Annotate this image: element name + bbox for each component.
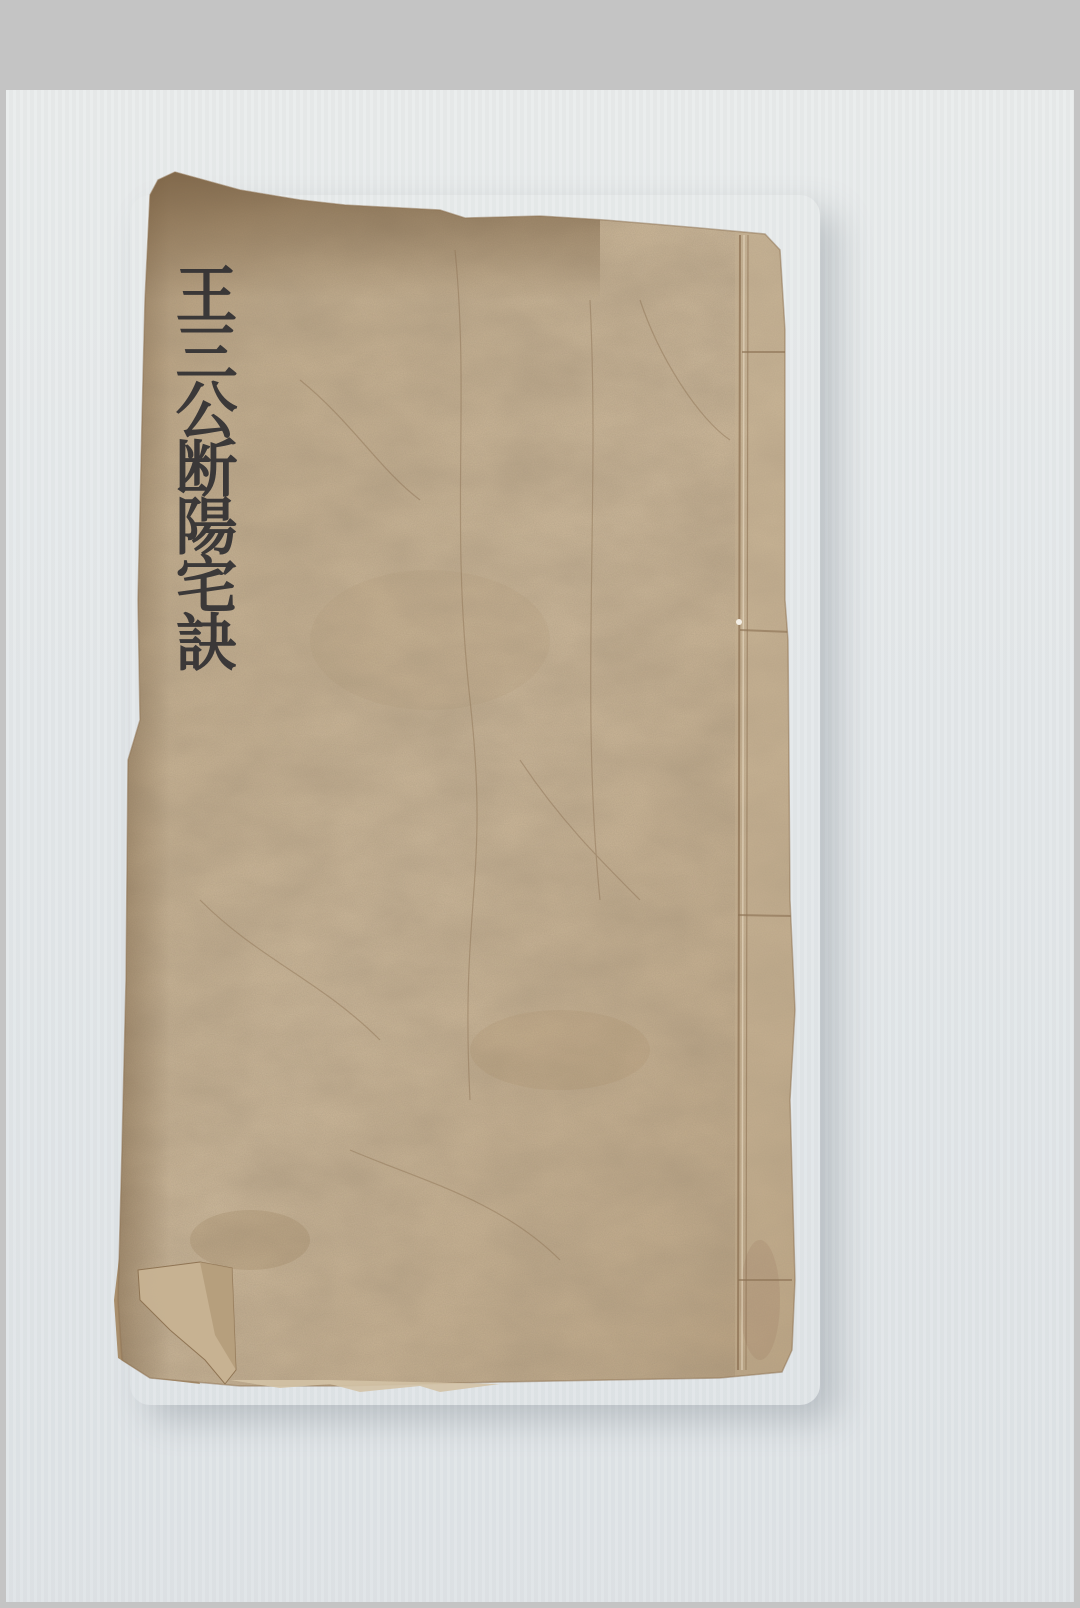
book-cover: [0, 0, 1080, 1608]
book-title: 王三公断陽宅訣: [160, 262, 242, 668]
